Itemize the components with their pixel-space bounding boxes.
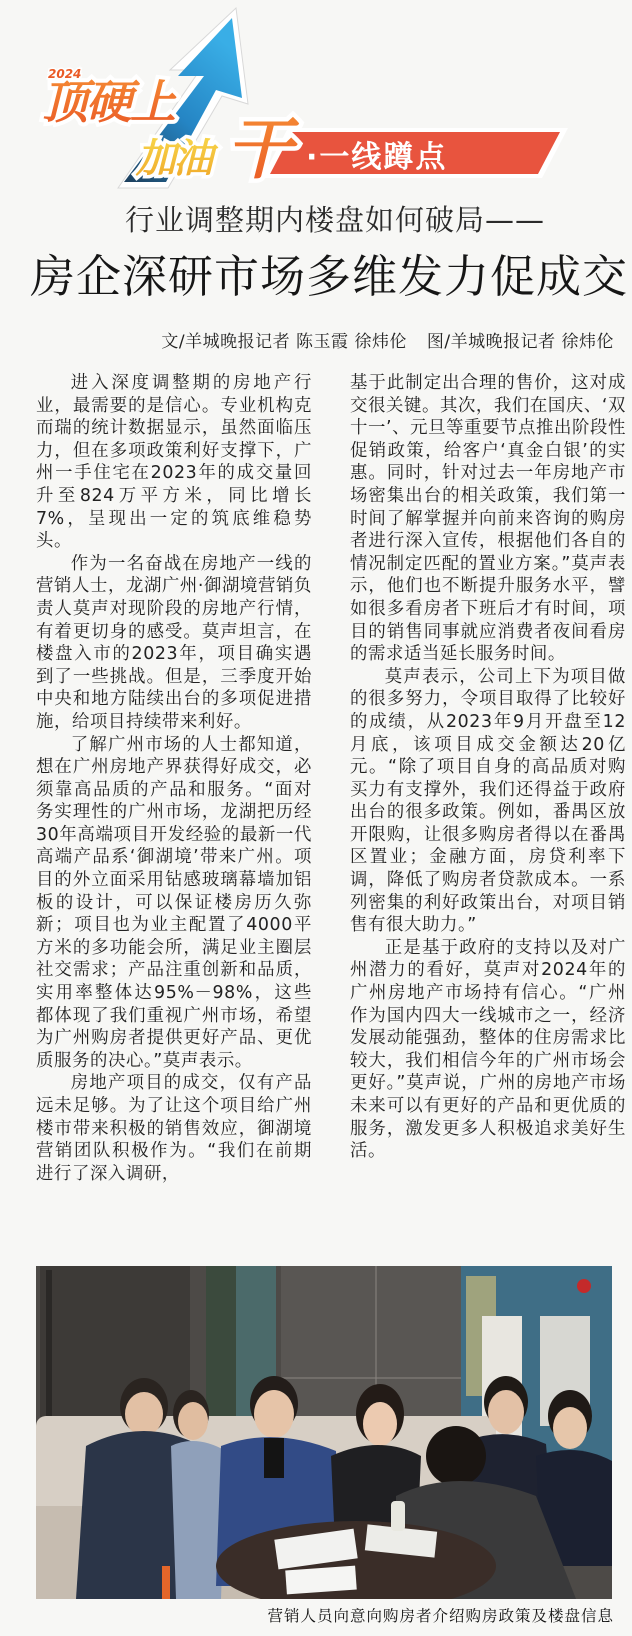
column-banner: 顶硬上 顶硬上 2024 加油 加油 干 干 ·一线蹲点 xyxy=(0,0,632,195)
paragraph: 房地产项目的成交，仅有产品远未足够。为了让这个项目给广州楼市带来积极的销售效应，… xyxy=(36,1072,312,1185)
svg-text:2024: 2024 xyxy=(48,67,81,81)
banner-graphic: 顶硬上 顶硬上 2024 加油 加油 干 干 ·一线蹲点 xyxy=(0,0,632,195)
text-credit: 文/羊城晚报记者 陈玉霞 徐炜伦 xyxy=(161,332,407,352)
paragraph: 进入深度调整期的房地产行业，最需要的是信心。专业机构克而瑞的统计数据显示，虽然面… xyxy=(36,372,312,553)
article-headline: 房企深研市场多维发力促成交 xyxy=(30,240,630,305)
paragraph: 基于此制定出合理的售价，这对成交很关键。其次，我们在国庆、‘双十一’、元旦等重要… xyxy=(350,372,626,666)
article-photo xyxy=(36,1266,612,1599)
article-column-left: 进入深度调整期的房地产行业，最需要的是信心。专业机构克而瑞的统计数据显示，虽然面… xyxy=(36,372,312,1185)
photo-illustration xyxy=(36,1266,612,1599)
svg-text:干: 干 xyxy=(226,111,300,188)
paragraph: 正是基于政府的支持以及对广州潜力的看好，莫声对2024年的广州房地产市场持有信心… xyxy=(350,937,626,1163)
paragraph: 莫声表示，公司上下为项目做的很多努力，令项目取得了比较好的成绩，从2023年9月… xyxy=(350,666,626,937)
photo-credit: 图/羊城晚报记者 徐炜伦 xyxy=(427,332,614,352)
paragraph: 作为一名奋战在房地产一线的营销人士，龙湖广州·御湖境营销负责人莫声对现阶段的房地… xyxy=(36,553,312,734)
byline: 文/羊城晚报记者 陈玉霞 徐炜伦 图/羊城晚报记者 徐炜伦 xyxy=(147,327,614,352)
svg-text:加油: 加油 xyxy=(135,136,219,182)
paragraph: 了解广州市场的人士都知道，想在广州房地产界获得好成交，必须靠高品质的产品和服务。… xyxy=(36,734,312,1073)
photo-caption: 营销人员向意向购房者介绍购房政策及楼盘信息 xyxy=(267,1604,614,1626)
svg-text:顶硬上: 顶硬上 xyxy=(42,75,177,129)
article-column-right: 基于此制定出合理的售价，这对成交很关键。其次，我们在国庆、‘双十一’、元旦等重要… xyxy=(350,372,626,1163)
svg-text:·一线蹲点: ·一线蹲点 xyxy=(306,140,447,175)
article-kicker: 行业调整期内楼盘如何破局—— xyxy=(0,198,632,239)
